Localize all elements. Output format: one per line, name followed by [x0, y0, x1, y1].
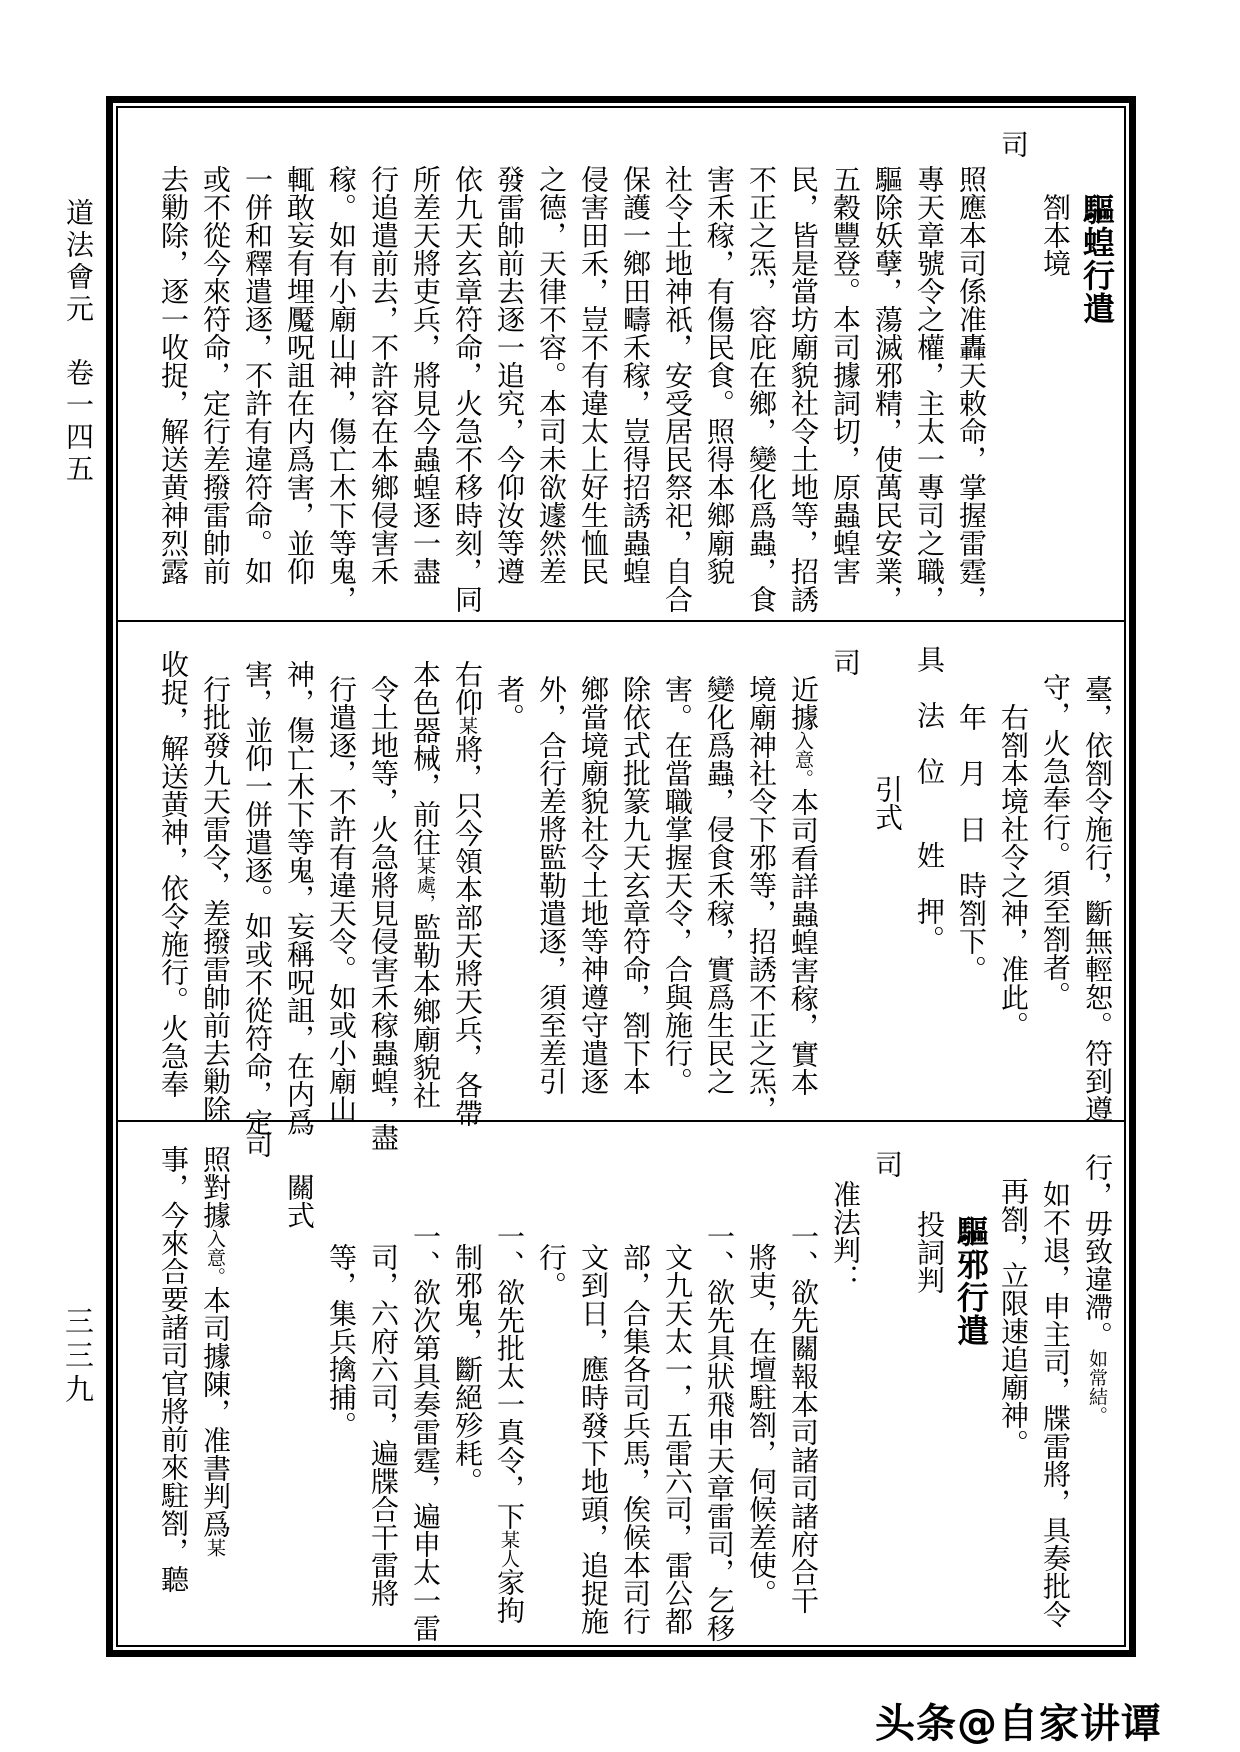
body-text: 事，今來合要諸司官將前來駐劄，聽 — [157, 1145, 190, 1593]
body-text: 本司看詳蟲蝗害稼，實本 — [787, 788, 820, 1096]
text-column: 具 法 位 姓 押。 — [908, 630, 950, 1118]
text-column: 依九天玄章符命，火急不移時刻，同 — [446, 130, 488, 615]
body-text: 所差天將吏兵，將見今蟲蝗逐一盡 — [409, 165, 442, 585]
text-column: 右仰某將，只今領本部天將天兵，各帶 — [446, 630, 488, 1118]
text-column: 照應本司係准轟天敕命，掌握雷霆， — [950, 130, 992, 615]
text-column: 引式 — [866, 630, 908, 1118]
text-column: 投詞判 — [908, 1130, 950, 1635]
section-divider — [118, 1120, 1124, 1122]
annotation-small-text: 入意。 — [792, 731, 814, 788]
body-text: 之德，天律不容。本司未欲遽然差 — [535, 165, 568, 585]
text-column: 文九天太一，五雷六司，雷公都 — [656, 1130, 698, 1635]
body-text: 不正之炁，容庇在鄉，變化爲蟲，食 — [745, 165, 778, 613]
annotation-small-text: 如常結。 — [1086, 1349, 1108, 1425]
text-column: 行遣逐，不許有違天令。如或小廟山 — [320, 630, 362, 1118]
body-text: 制邪鬼，斷絕殄耗。 — [451, 1243, 484, 1495]
body-text: 一、欲次第具奏雷霆，遍申太一雷 — [409, 1222, 442, 1642]
text-column: 照對據入意。本司據陳，准書判爲某 — [194, 1130, 236, 1635]
text-column: 驅除妖孽，蕩滅邪精，使萬民安業， — [866, 130, 908, 615]
text-column: 境廟神社令下邪等，招誘不正之炁， — [740, 630, 782, 1118]
text-column: 令土地等，火急將見侵害禾稼蟲蝗，盡 — [362, 630, 404, 1118]
text-column: 行，毋致違滯。如常結。 — [1076, 1130, 1118, 1635]
text-column: 收捉，解送黄神，依令施行。火急奉 — [152, 630, 194, 1118]
body-text: 本色器械，前往 — [409, 660, 442, 856]
text-column: 除依式批篆九天玄章符命，劄下本 — [614, 630, 656, 1118]
body-text: 輒敢妄有埋魘呪詛在内爲害，並仰 — [283, 165, 316, 585]
body-text: 害，並仰一併遣逐。如或不從符命，定 — [241, 660, 274, 1136]
body-text: 社令土地神祇，安受居民祭祀，自合 — [661, 165, 694, 613]
text-column: 部，合集各司兵馬，俟候本司行 — [614, 1130, 656, 1635]
text-column: 司 — [992, 130, 1034, 615]
text-column: 臺，依劄令施行，斷無輕恕。符到遵 — [1076, 630, 1118, 1118]
body-text: 一、欲先具狀飛申天章雷司，乞移 — [703, 1222, 736, 1642]
text-column: 將吏，在壇駐劄，伺候差使。 — [740, 1130, 782, 1635]
text-column: 所差天將吏兵，將見今蟲蝗逐一盡 — [404, 130, 446, 615]
text-band-top: 驅蝗行遣劄本境司照應本司係准轟天敕命，掌握雷霆，專天章號令之權，主太一專司之職，… — [124, 130, 1118, 615]
text-column: 司 — [824, 630, 866, 1118]
body-text: 鄉當境廟貌社令土地等神遵守遣逐 — [577, 675, 610, 1095]
body-text: 如不退，申主司，牒雷將，具奏批令 — [1039, 1180, 1072, 1628]
text-column: 關式 — [278, 1130, 320, 1635]
body-text: 右仰 — [451, 660, 484, 716]
text-column: 准法判： — [824, 1130, 866, 1635]
body-text: 行批發九天雷令，差撥雷帥前去勦除 — [199, 675, 232, 1123]
body-text: 除依式批篆九天玄章符命，劄下本 — [619, 675, 652, 1095]
text-column: 稼。如有小廟山神，傷亡木下等鬼， — [320, 130, 362, 615]
text-column: 者。 — [488, 630, 530, 1118]
body-text: 司，六府六司，遍牒合干雷將 — [367, 1243, 400, 1607]
body-text: 變化爲蟲，侵食禾稼，實爲生民之 — [703, 675, 736, 1095]
body-text: 具 法 位 姓 押。 — [913, 645, 946, 953]
body-text: 發雷帥前去逐一追究，今仰汝等遵 — [493, 165, 526, 585]
body-text: 收捉，解送黄神，依令施行。火急奉 — [157, 650, 190, 1098]
text-column: 本色器械，前往某處，監勒本鄉廟貌社 — [404, 630, 446, 1118]
text-column: 行批發九天雷令，差撥雷帥前去勦除 — [194, 630, 236, 1118]
body-text: 民，皆是當坊廟貌社令土地等，招誘 — [787, 165, 820, 613]
body-text: 文九天太一，五雷六司，雷公都 — [661, 1243, 694, 1635]
body-text: 照應本司係准轟天敕命，掌握雷霆， — [955, 165, 988, 613]
body-text: 投詞判 — [913, 1210, 946, 1294]
body-text: 驅蝗行遣 — [1078, 193, 1116, 325]
page-number: 三三九 — [58, 1306, 99, 1408]
body-text: 右劄本境社令之神，准此。 — [997, 703, 1030, 1039]
text-column: 一、欲先具狀飛申天章雷司，乞移 — [698, 1130, 740, 1635]
body-text: 害。在當職掌握天令，合與施行。 — [661, 675, 694, 1095]
body-text: 依九天玄章符命，火急不移時刻，同 — [451, 165, 484, 613]
text-column: 一、欲次第具奏雷霆，遍申太一雷 — [404, 1130, 446, 1635]
body-text: 等，集兵擒捕。 — [325, 1243, 358, 1439]
body-text: 專天章號令之權，主太一專司之職， — [913, 165, 946, 613]
body-text: 劄本境 — [1039, 193, 1072, 277]
body-text: 害禾稼，有傷民食。照得本鄉廟貌 — [703, 165, 736, 585]
text-column: 害。在當職掌握天令，合與施行。 — [656, 630, 698, 1118]
text-column: 驅蝗行遣 — [1076, 130, 1118, 615]
text-column: 劄本境 — [1034, 130, 1076, 615]
body-text: 將，只今領本部天將天兵，各帶 — [451, 735, 484, 1127]
body-text: 保護一鄉田疇禾稼，豈得招誘蟲蝗 — [619, 165, 652, 585]
text-column: 神，傷亡木下等鬼，妄稱呪詛，在内爲 — [278, 630, 320, 1118]
annotation-small-text: 某處， — [414, 856, 436, 913]
body-text: 行遣逐，不許有違天令。如或小廟山 — [325, 675, 358, 1123]
text-column: 變化爲蟲，侵食禾稼，實爲生民之 — [698, 630, 740, 1118]
text-column: 制邪鬼，斷絕殄耗。 — [446, 1130, 488, 1635]
body-text: 去勦除，逐一收捉，解送黄神烈露 — [157, 165, 190, 585]
body-text: 年 月 日 時劄下。 — [955, 703, 988, 983]
text-column: 民，皆是當坊廟貌社令土地等，招誘 — [782, 130, 824, 615]
text-column: 之德，天律不容。本司未欲遽然差 — [530, 130, 572, 615]
text-column: 一、欲先批太一真令，下某人家拘 — [488, 1130, 530, 1635]
text-column: 發雷帥前去逐一追究，今仰汝等遵 — [488, 130, 530, 615]
body-text: 驅除妖孽，蕩滅邪精，使萬民安業， — [871, 165, 904, 613]
body-text: 家拘 — [493, 1568, 526, 1624]
body-text: 驅邪行遣 — [952, 1215, 990, 1347]
text-column: 專天章號令之權，主太一專司之職， — [908, 130, 950, 615]
body-text: 司 — [997, 130, 1030, 158]
text-column: 保護一鄉田疇禾稼，豈得招誘蟲蝗 — [614, 130, 656, 615]
body-text: 照對據 — [199, 1145, 232, 1229]
body-text: 令土地等，火急將見侵害禾稼蟲蝗，盡 — [367, 675, 400, 1151]
text-column: 或不從今來符命，定行差撥雷帥前 — [194, 130, 236, 615]
body-text: 本司據陳，准書判爲 — [199, 1286, 232, 1538]
annotation-small-text: 入意。 — [204, 1229, 226, 1286]
body-text: 關式 — [283, 1173, 316, 1229]
text-column: 年 月 日 時劄下。 — [950, 630, 992, 1118]
body-text: 境廟神社令下邪等，招誘不正之炁， — [745, 675, 778, 1123]
annotation-small-text: 某人 — [498, 1530, 520, 1568]
text-column: 社令土地神祇，安受居民祭祀，自合 — [656, 130, 698, 615]
body-text: 臺，依劄令施行，斷無輕恕。符到遵 — [1081, 675, 1114, 1123]
body-text: 司 — [829, 648, 862, 676]
body-text: 稼。如有小廟山神，傷亡木下等鬼， — [325, 165, 358, 613]
text-column: 害禾稼，有傷民食。照得本鄉廟貌 — [698, 130, 740, 615]
body-text: 行追遣前去，不許容在本鄉侵害禾 — [367, 165, 400, 585]
page-border-outer: 驅蝗行遣劄本境司照應本司係准轟天敕命，掌握雷霆，專天章號令之權，主太一專司之職，… — [106, 96, 1136, 1657]
text-column: 行。 — [530, 1130, 572, 1635]
text-column: 外，合行差將監勒遣逐，須至差引 — [530, 630, 572, 1118]
body-text: 侵害田禾，豈不有違太上好生恤民 — [577, 165, 610, 585]
text-column: 文到日，應時發下地頭，追捉施 — [572, 1130, 614, 1635]
body-text: 司 — [241, 1130, 274, 1158]
body-text: 行，毋致違滯。 — [1081, 1153, 1114, 1349]
text-column: 一併和釋遣逐，不許有違符命。如 — [236, 130, 278, 615]
page-border-inner: 驅蝗行遣劄本境司照應本司係准轟天敕命，掌握雷霆，專天章號令之權，主太一專司之職，… — [116, 106, 1126, 1647]
section-divider — [118, 620, 1124, 622]
text-column: 五穀豐登。本司據詞切，原蟲蝗害 — [824, 130, 866, 615]
text-column: 不正之炁，容庇在鄉，變化爲蟲，食 — [740, 130, 782, 615]
body-text: 監勒本鄉廟貌社 — [409, 913, 442, 1109]
text-column: 驅邪行遣 — [950, 1130, 992, 1635]
text-column: 近據入意。本司看詳蟲蝗害稼，實本 — [782, 630, 824, 1118]
text-column: 一、欲先關報本司諸司諸府合干 — [782, 1130, 824, 1635]
body-text: 近據 — [787, 675, 820, 731]
body-text: 一、欲先批太一真令，下 — [493, 1222, 526, 1530]
body-text: 文到日，應時發下地頭，追捉施 — [577, 1243, 610, 1635]
book-spine-title: 道法會元 卷一四五 — [58, 198, 98, 486]
text-column: 行追遣前去，不許容在本鄉侵害禾 — [362, 130, 404, 615]
text-band-middle: 臺，依劄令施行，斷無輕恕。符到遵守，火急奉行。須至劄者。右劄本境社令之神，准此。… — [124, 630, 1118, 1118]
body-text: 行。 — [535, 1243, 568, 1299]
body-text: 外，合行差將監勒遣逐，須至差引 — [535, 675, 568, 1095]
body-text: 神，傷亡木下等鬼，妄稱呪詛，在内爲 — [283, 660, 316, 1136]
body-text: 再劄，立限速追廟神。 — [997, 1177, 1030, 1457]
watermark: 头条@自家讲谭 — [875, 1692, 1162, 1749]
body-text: 將吏，在壇駐劄，伺候差使。 — [745, 1243, 778, 1607]
text-column: 事，今來合要諸司官將前來駐劄，聽 — [152, 1130, 194, 1635]
text-column: 輒敢妄有埋魘呪詛在内爲害，並仰 — [278, 130, 320, 615]
text-column: 守，火急奉行。須至劄者。 — [1034, 630, 1076, 1118]
text-column: 去勦除，逐一收捉，解送黄神烈露 — [152, 130, 194, 615]
text-column: 再劄，立限速追廟神。 — [992, 1130, 1034, 1635]
body-text: 五穀豐登。本司據詞切，原蟲蝗害 — [829, 165, 862, 585]
text-column: 鄉當境廟貌社令土地等神遵守遣逐 — [572, 630, 614, 1118]
annotation-small-text: 某 — [456, 716, 478, 735]
text-band-bottom: 行，毋致違滯。如常結。如不退，申主司，牒雷將，具奏批令再劄，立限速追廟神。驅邪行… — [124, 1130, 1118, 1635]
body-text: 引式 — [871, 775, 904, 831]
text-column: 司，六府六司，遍牒合干雷將 — [362, 1130, 404, 1635]
body-text: 部，合集各司兵馬，俟候本司行 — [619, 1243, 652, 1635]
text-column: 侵害田禾，豈不有違太上好生恤民 — [572, 130, 614, 615]
annotation-small-text: 某 — [204, 1538, 226, 1557]
text-column: 司 — [866, 1130, 908, 1635]
body-text: 准法判： — [829, 1180, 862, 1292]
body-text: 或不從今來符命，定行差撥雷帥前 — [199, 165, 232, 585]
text-column: 等，集兵擒捕。 — [320, 1130, 362, 1635]
text-column: 右劄本境社令之神，准此。 — [992, 630, 1034, 1118]
body-text: 一併和釋遣逐，不許有違符命。如 — [241, 165, 274, 585]
body-text: 守，火急奉行。須至劄者。 — [1039, 673, 1072, 1009]
text-column: 害，並仰一併遣逐。如或不從符命，定 — [236, 630, 278, 1118]
text-column: 如不退，申主司，牒雷將，具奏批令 — [1034, 1130, 1076, 1635]
text-column: 司 — [236, 1130, 278, 1635]
body-text: 者。 — [493, 675, 526, 731]
body-text: 一、欲先關報本司諸司諸府合干 — [787, 1222, 820, 1614]
body-text: 司 — [871, 1150, 904, 1178]
